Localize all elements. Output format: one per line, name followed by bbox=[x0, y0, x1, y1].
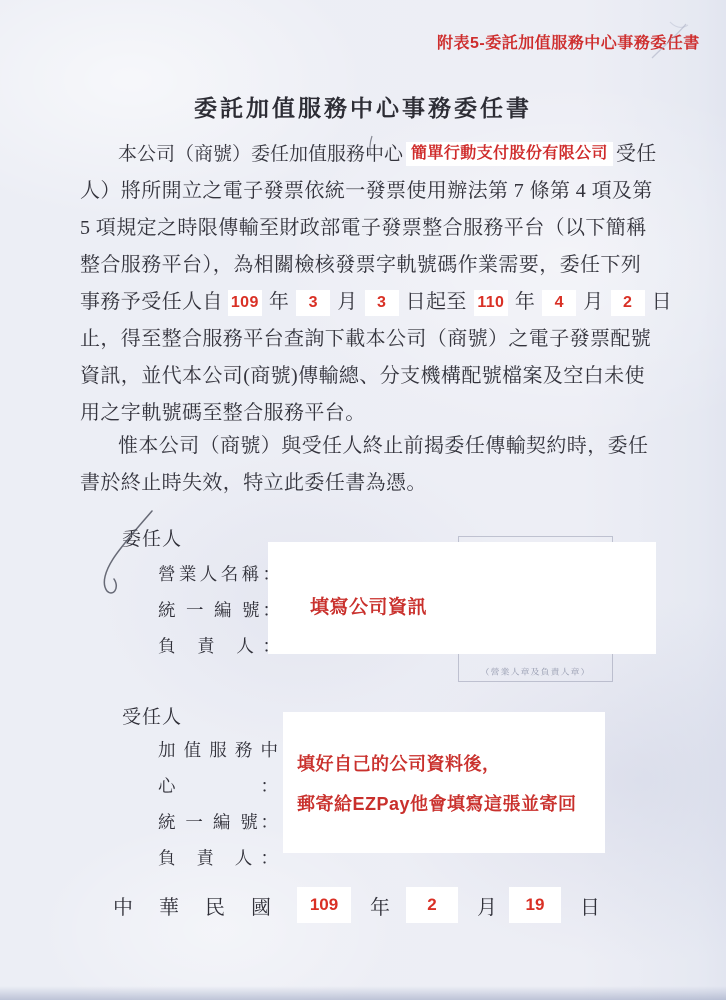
field-service-center-label: 加值服務中心： bbox=[158, 732, 278, 804]
fill-company-info-note: 填寫公司資訊 bbox=[310, 592, 427, 619]
footer-date-line: 中華民國 109 年 2 月 19 日 bbox=[113, 886, 600, 924]
end-day-box: 2 bbox=[611, 290, 645, 316]
field-uniform-number-label: 統 一 編 號： bbox=[158, 592, 280, 628]
footer-year-label: 年 bbox=[370, 891, 390, 920]
footer-day-label: 日 bbox=[580, 891, 600, 920]
field-responsible-person-2: 負 責 人： bbox=[158, 840, 278, 876]
era-label: 中華民國 bbox=[113, 891, 297, 920]
footer-month-box: 2 bbox=[406, 887, 458, 923]
month-label-2: 月 bbox=[583, 284, 603, 321]
page-title: 委託加值服務中心事務委任書 bbox=[0, 90, 726, 123]
body-line-9: 惟本公司（商號）與受任人終止前揭委任傳輸契約時，委任 bbox=[80, 428, 662, 465]
day-label-2: 日 bbox=[652, 284, 672, 321]
start-month-box: 3 bbox=[296, 290, 330, 316]
field-service-center: 加值服務中心： bbox=[158, 732, 278, 804]
footer-month-label: 月 bbox=[477, 891, 497, 920]
scanned-delegation-form: 附表5-委託加值服務中心事務委任書 委託加值服務中心事務委任書 本公司（商號）委… bbox=[0, 0, 726, 1000]
field-uniform-number-2-label: 統 一 編 號： bbox=[158, 804, 278, 840]
consignor-fields: 營業人名稱： 統 一 編 號： 負 責 人： bbox=[158, 556, 280, 664]
delegation-period-line: 事務予受任人自 109 年 3 月 3 日起至 110 年 4 月 2 日 bbox=[80, 284, 662, 321]
line1-suffix: 受任 bbox=[616, 143, 657, 165]
field-business-name: 營業人名稱： bbox=[158, 556, 280, 592]
body-line-2: 人）將所開立之電子發票依統一發票使用辦法第 7 條第 4 項及第 bbox=[80, 173, 662, 210]
body-line-3: 5 項規定之時限傳輸至財政部電子發票整合服務平台（以下簡稱 bbox=[80, 210, 662, 247]
body-line-4: 整合服務平台），為相關檢核發票字軌號碼作業需要，委任下列 bbox=[80, 247, 662, 284]
month-label: 月 bbox=[337, 284, 357, 321]
company-name-highlight: 簡單行動支付股份有限公司 bbox=[406, 142, 613, 166]
body-line-7: 資訊，並代本公司(商號)傳輸總、分支機構配號檔案及空白未使 bbox=[80, 358, 662, 395]
overlay-note-box-2: 填好自己的公司資料後， 郵寄給EZPay他會填寫這張並寄回 bbox=[283, 712, 605, 853]
field-responsible-person: 負 責 人： bbox=[158, 628, 280, 664]
mailing-instruction-line-1: 填好自己的公司資料後， bbox=[297, 750, 501, 776]
field-uniform-number-2: 統 一 編 號： bbox=[158, 804, 278, 840]
pencil-mark bbox=[640, 16, 696, 64]
consignee-fields: 加值服務中心： 統 一 編 號： 負 責 人： bbox=[158, 732, 278, 876]
footer-year-box: 109 bbox=[297, 887, 351, 923]
field-responsible-person-2-label: 負 責 人： bbox=[158, 840, 278, 876]
field-responsible-person-label: 負 責 人： bbox=[158, 628, 280, 664]
overlay-note-box-1: 填寫公司資訊 bbox=[268, 542, 656, 654]
end-year-box: 110 bbox=[474, 290, 508, 316]
body-line-6: 止，得至整合服務平台查詢下載本公司（商號）之電子發票配號 bbox=[80, 321, 662, 358]
body-paragraph-2: 惟本公司（商號）與受任人終止前揭委任傳輸契約時，委任 書於終止時失效，特立此委任… bbox=[80, 428, 662, 502]
body-line-10: 書於終止時失效，特立此委任書為憑。 bbox=[80, 465, 662, 502]
body-line-8: 用之字軌號碼至整合服務平台。 bbox=[80, 395, 662, 432]
year-label-2: 年 bbox=[515, 284, 535, 321]
field-uniform-number: 統 一 編 號： bbox=[158, 592, 280, 628]
year-label: 年 bbox=[269, 284, 289, 321]
mailing-instruction-line-2: 郵寄給EZPay他會填寫這張並寄回 bbox=[297, 790, 577, 816]
end-month-box: 4 bbox=[542, 290, 576, 316]
period-middle: 日起至 bbox=[406, 284, 467, 321]
pen-tick bbox=[365, 134, 377, 158]
pen-checkmark bbox=[94, 503, 164, 603]
field-business-name-label: 營業人名稱： bbox=[158, 556, 280, 592]
line1-prefix: 本公司（商號）委任加值服務中心 bbox=[118, 144, 403, 165]
body-paragraph-1: 本公司（商號）委任加值服務中心簡單行動支付股份有限公司受任 人）將所開立之電子發… bbox=[80, 136, 662, 432]
footer-day-box: 19 bbox=[509, 887, 561, 923]
consignee-heading: 受任人 bbox=[122, 702, 182, 729]
start-day-box: 3 bbox=[365, 290, 399, 316]
period-prefix: 事務予受任人自 bbox=[80, 284, 223, 321]
seal-box-hint: （營業人章及負責人章） bbox=[459, 666, 612, 678]
start-year-box: 109 bbox=[228, 290, 262, 316]
